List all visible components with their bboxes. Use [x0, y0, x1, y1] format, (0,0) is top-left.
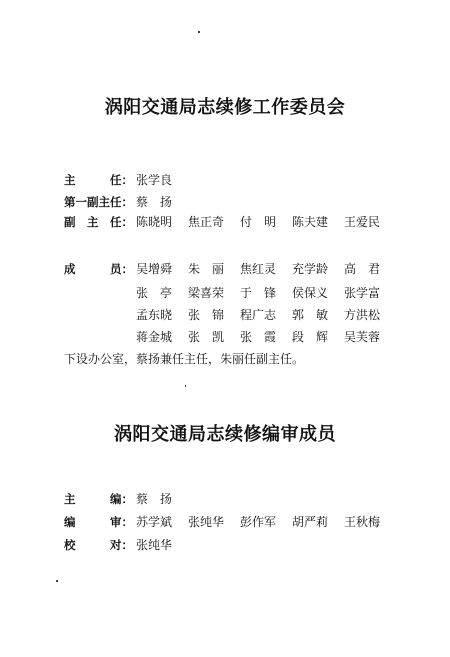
person-name: 苏学斌: [136, 515, 188, 529]
director-row: 主 任： 张学良: [64, 173, 188, 187]
reviewers-row: 编 审： 苏学斌 张纯华 彭作军 胡严莉 王秋梅: [64, 515, 396, 529]
person-name: 胡严莉: [292, 515, 344, 529]
person-name: 彭作军: [240, 515, 292, 529]
person-name: 段 辉: [292, 328, 344, 345]
person-name: 侯保义: [292, 284, 344, 301]
person-name: 张 霞: [240, 328, 292, 345]
office-note: 下设办公室，蔡扬兼任主任，朱丽任副主任。: [64, 350, 304, 367]
deputy-row: 副 主 任： 陈晓明 焦正奇 付 明 陈夫建 王爱民: [64, 215, 396, 229]
person-name: 陈夫建: [292, 215, 344, 229]
members-row-2: 张 亭 梁喜荣 于 锋 侯保义 张学富: [136, 284, 396, 301]
person-name: 郭 敏: [292, 306, 344, 323]
row-label: 第一副主任：: [64, 195, 136, 209]
scan-speck: [185, 385, 186, 387]
person-name: 蔡 扬: [136, 195, 188, 209]
person-name: 方洪松: [344, 306, 396, 323]
person-name: 高 君: [344, 262, 396, 276]
proofreader-row: 校 对： 张纯华: [64, 538, 188, 552]
chief-editor-row: 主 编： 蔡 扬: [64, 492, 188, 506]
person-name: 焦红灵: [240, 262, 292, 276]
person-name: 张学良: [136, 173, 188, 187]
person-name: 陈晓明: [136, 215, 188, 229]
person-name: 张学富: [344, 284, 396, 301]
editorial-title: 涡阳交通局志续修编审成员: [0, 420, 450, 446]
person-name: 吴芙蓉: [344, 328, 396, 345]
row-label: 成 员：: [64, 262, 136, 276]
members-row-4: 蒋金城 张 凯 张 霞 段 辉 吴芙蓉: [136, 328, 396, 345]
person-name: 朱 丽: [188, 262, 240, 276]
scan-speck: [56, 580, 58, 582]
person-name: 孟东晓: [136, 306, 188, 323]
person-name: 王秋梅: [344, 515, 396, 529]
person-name: 张 凯: [188, 328, 240, 345]
row-label: 主 编：: [64, 492, 136, 506]
person-name: 焦正奇: [188, 215, 240, 229]
person-name: 张 亭: [136, 284, 188, 301]
committee-title: 涡阳交通局志续修工作委员会: [0, 93, 450, 119]
person-name: 蔡 扬: [136, 492, 188, 506]
person-name: 梁喜荣: [188, 284, 240, 301]
row-label: 编 审：: [64, 515, 136, 529]
members-row: 成 员： 吴增舜 朱 丽 焦红灵 充学龄 高 君: [64, 262, 396, 276]
members-row-3: 孟东晓 张 锦 程广志 郭 敏 方洪松: [136, 306, 396, 323]
person-name: 张纯华: [136, 538, 188, 552]
row-label: 校 对：: [64, 538, 136, 552]
person-name: 付 明: [240, 215, 292, 229]
first-deputy-row: 第一副主任： 蔡 扬: [64, 195, 188, 209]
row-label: 副 主 任：: [64, 215, 136, 229]
person-name: 张纯华: [188, 515, 240, 529]
person-name: 王爱民: [344, 215, 396, 229]
person-name: 张 锦: [188, 306, 240, 323]
person-name: 程广志: [240, 306, 292, 323]
row-label: 主 任：: [64, 173, 136, 187]
scan-speck: [198, 31, 200, 33]
person-name: 蒋金城: [136, 328, 188, 345]
person-name: 充学龄: [292, 262, 344, 276]
person-name: 吴增舜: [136, 262, 188, 276]
person-name: 于 锋: [240, 284, 292, 301]
